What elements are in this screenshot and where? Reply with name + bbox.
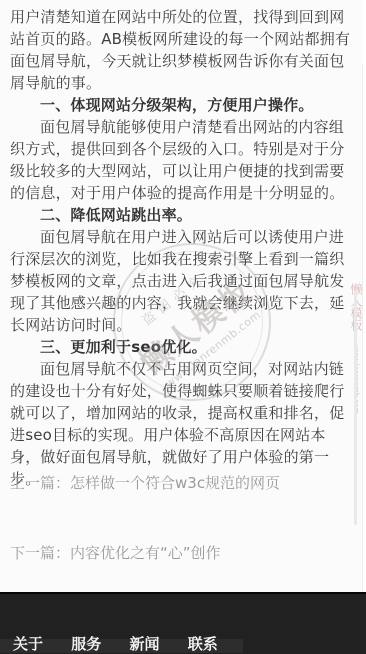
footer: 关于 服务 新闻 联系 <box>0 592 366 654</box>
prev-article-link[interactable]: 上一篇：怎样做一个符合w3c规范的网页 <box>10 472 352 494</box>
scrollbar-thumb[interactable] <box>354 290 357 525</box>
section-heading-1: 一、体现网站分级架构，方便用户操作。 <box>10 94 356 116</box>
section-body-2: 面包屑导航在用户进入网站后可以诱使用户进行深层次的浏览，比如我在搜索引擎上看到一… <box>10 226 356 336</box>
footer-link-news[interactable]: 新闻 <box>130 634 160 654</box>
footer-link-about[interactable]: 关于 <box>13 634 43 654</box>
footer-link-contact[interactable]: 联系 <box>188 634 218 654</box>
section-heading-2: 二、降低网站跳出率。 <box>10 204 356 226</box>
article-page: 用户清楚知道在网站中所处的位置，找得到回到网站首页的路。AB模板网所建设的每一个… <box>0 0 366 654</box>
footer-link-services[interactable]: 服务 <box>71 634 101 654</box>
section-body-1: 面包屑导航能够使用户清楚看出网站的内容组织方式，提供回到各个层级的入口。特别是对… <box>10 116 356 204</box>
next-article-link[interactable]: 下一篇：内容优化之有“心”创作 <box>10 542 352 564</box>
page-edge-line <box>362 64 363 592</box>
article-intro-paragraph: 用户清楚知道在网站中所处的位置，找得到回到网站首页的路。AB模板网所建设的每一个… <box>10 6 356 94</box>
section-heading-3: 三、更加利于seo优化。 <box>10 336 356 358</box>
section-body-3: 面包屑导航不仅不占用网页空间，对网站内链的建设也十分有好处，使得蜘蛛只要顺着链接… <box>10 358 356 490</box>
footer-nav: 关于 服务 新闻 联系 <box>13 634 241 654</box>
article-body: 用户清楚知道在网站中所处的位置，找得到回到网站首页的路。AB模板网所建设的每一个… <box>0 0 366 490</box>
